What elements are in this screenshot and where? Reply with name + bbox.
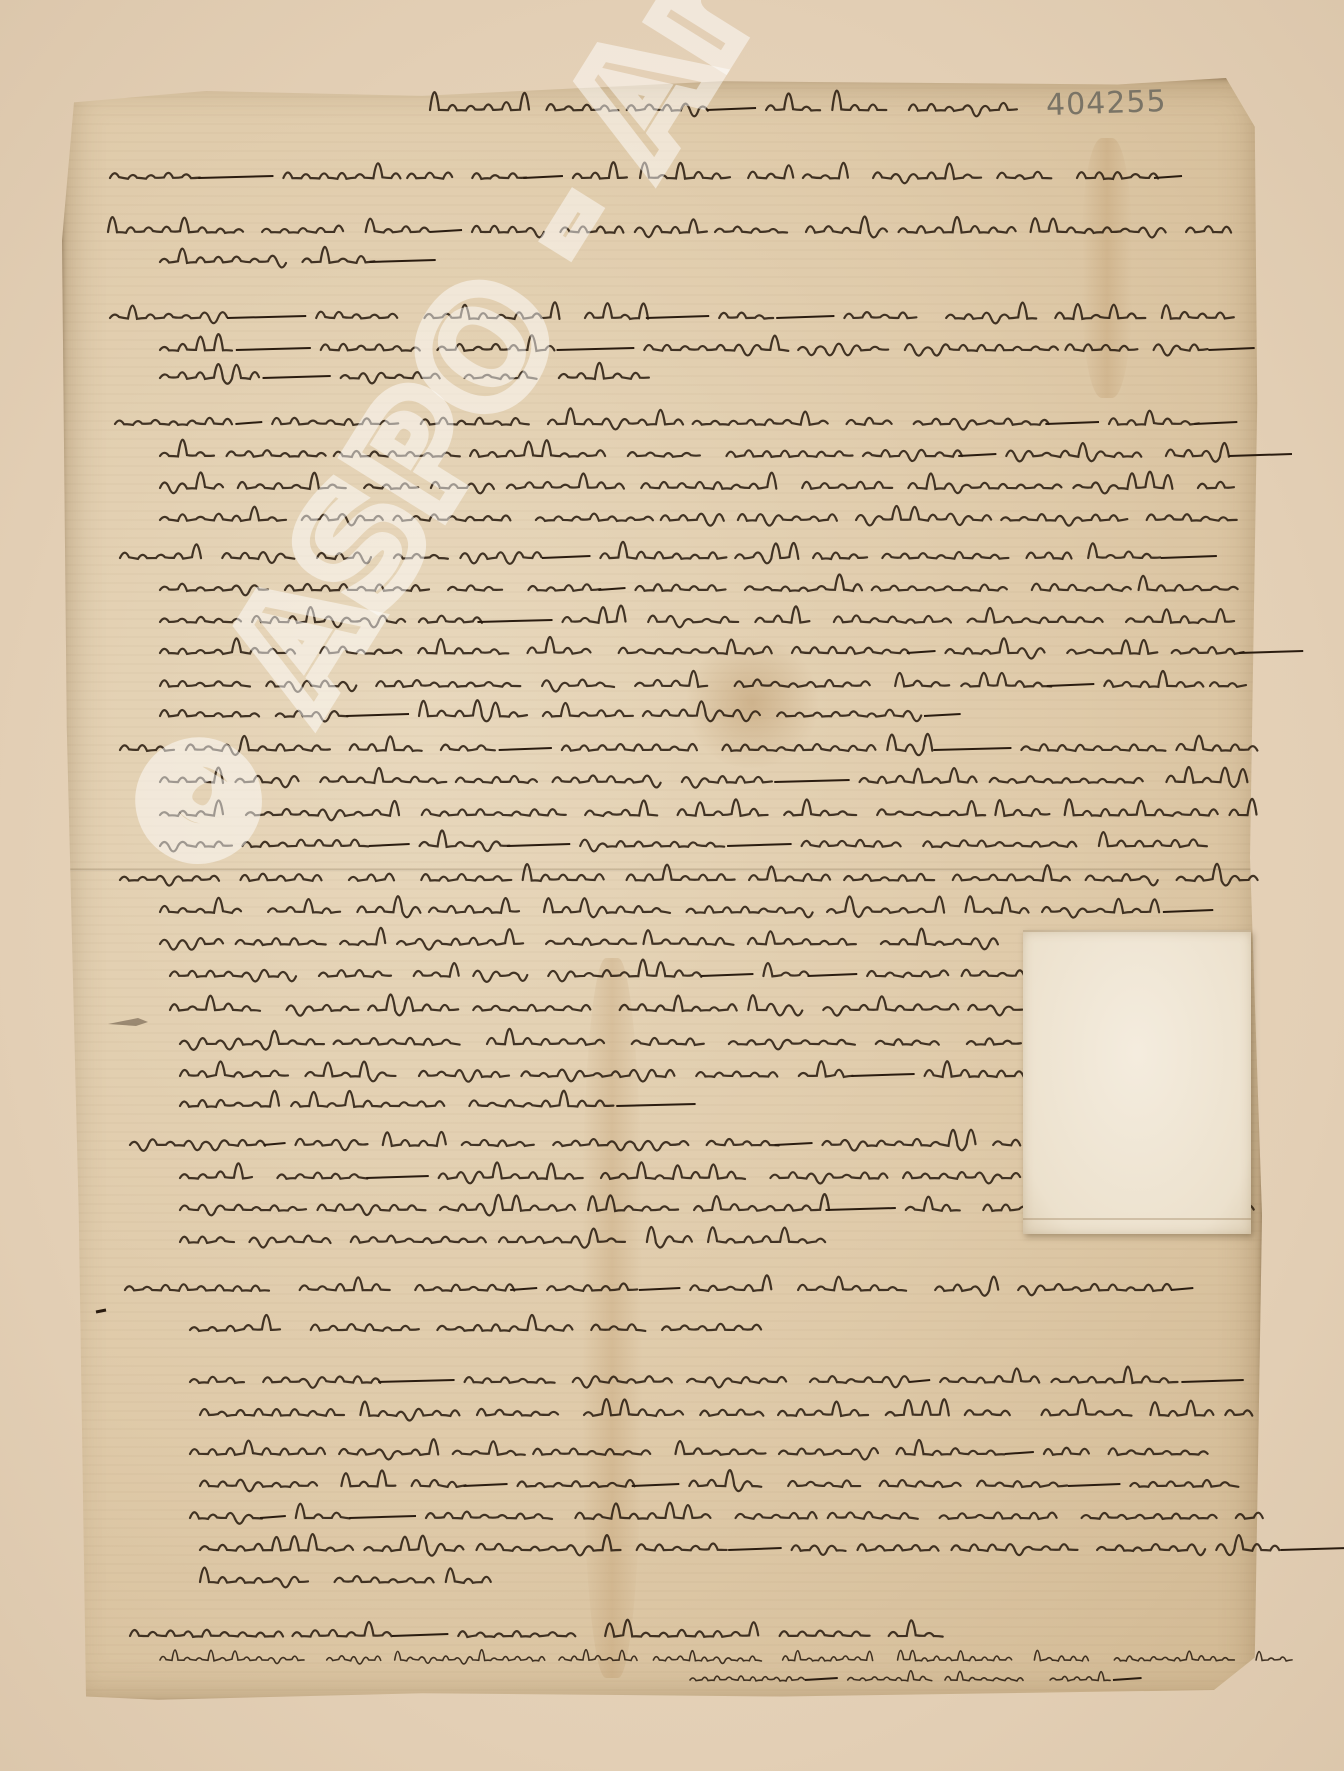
- archive-number: 404255: [1045, 84, 1167, 123]
- ink-stain: [682, 638, 822, 768]
- slip-fold: [1023, 1218, 1251, 1220]
- water-stain: [582, 958, 642, 1678]
- water-stain: [1082, 138, 1132, 398]
- attached-paper-slip: [1023, 930, 1251, 1234]
